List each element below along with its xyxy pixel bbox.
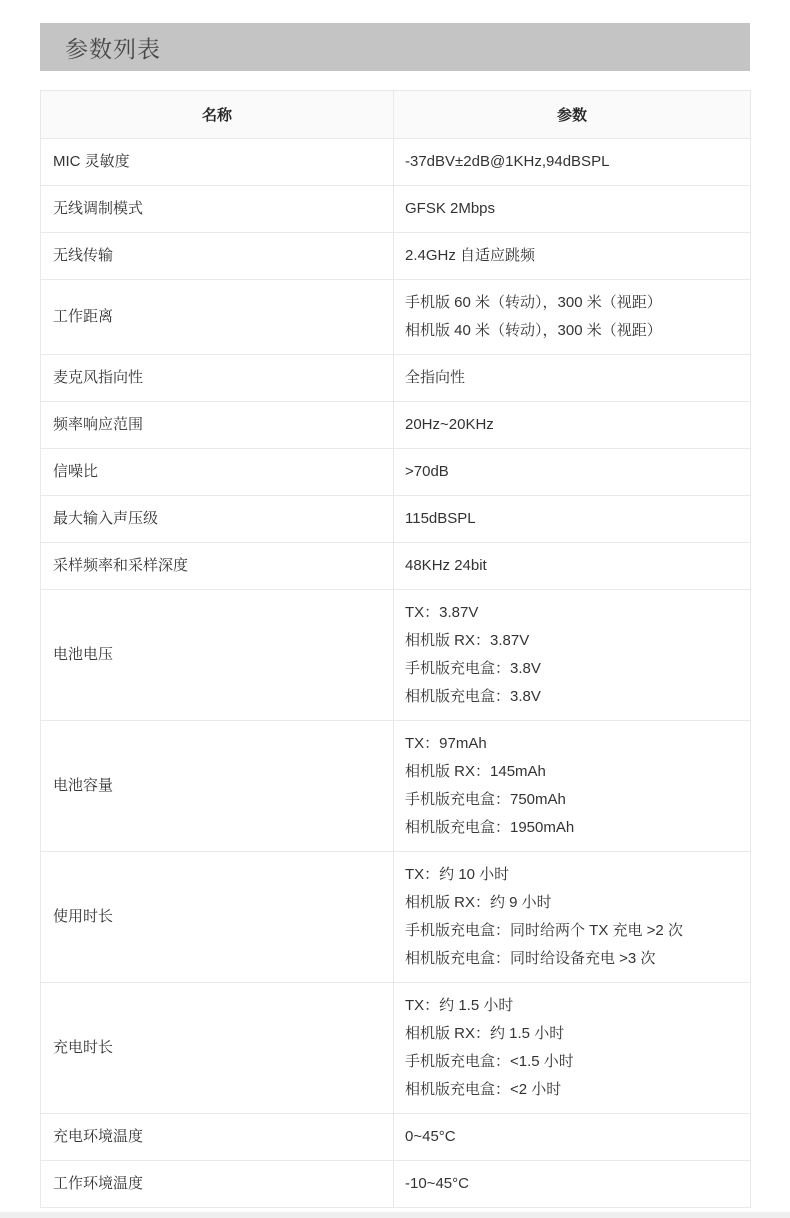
param-name-cell: 无线调制模式 — [41, 186, 394, 233]
param-value-cell: TX：约 10 小时相机版 RX：约 9 小时手机版充电盒：同时给两个 TX 充… — [394, 852, 751, 983]
param-name-cell: 电池电压 — [41, 590, 394, 721]
table-row: MIC 灵敏度-37dBV±2dB@1KHz,94dBSPL — [41, 139, 751, 186]
header-row: 名称 参数 — [41, 91, 751, 139]
param-name-cell: 信噪比 — [41, 449, 394, 496]
param-value-line: 手机版 60 米（转动），300 米（视距） — [405, 289, 740, 317]
section-title-bar: 参数列表 — [40, 23, 750, 71]
param-value-cell: 手机版 60 米（转动），300 米（视距）相机版 40 米（转动），300 米… — [394, 280, 751, 355]
param-value-line: 相机版 RX：3.87V — [405, 627, 740, 655]
param-value-cell: GFSK 2Mbps — [394, 186, 751, 233]
param-name-cell: 最大输入声压级 — [41, 496, 394, 543]
param-name-text: 使用时长 — [53, 903, 383, 931]
param-name-text: 充电时长 — [53, 1034, 383, 1062]
param-value-line: -10~45°C — [405, 1170, 740, 1198]
param-name-text: 最大输入声压级 — [53, 505, 383, 533]
param-value-cell: 48KHz 24bit — [394, 543, 751, 590]
param-value-cell: -10~45°C — [394, 1161, 751, 1208]
column-header-value: 参数 — [394, 91, 751, 139]
param-value-line: >70dB — [405, 458, 740, 486]
param-name-cell: 使用时长 — [41, 852, 394, 983]
param-value-line: 相机版充电盒：同时给设备充电 >3 次 — [405, 945, 740, 973]
table-row: 电池容量TX：97mAh相机版 RX：145mAh手机版充电盒：750mAh相机… — [41, 721, 751, 852]
param-name-text: 无线调制模式 — [53, 195, 383, 223]
param-name-text: 信噪比 — [53, 458, 383, 486]
param-value-line: TX：约 1.5 小时 — [405, 992, 740, 1020]
param-value-cell: TX：约 1.5 小时相机版 RX：约 1.5 小时手机版充电盒：<1.5 小时… — [394, 983, 751, 1114]
table-row: 无线调制模式GFSK 2Mbps — [41, 186, 751, 233]
param-name-text: MIC 灵敏度 — [53, 148, 383, 176]
table-row: 麦克风指向性全指向性 — [41, 355, 751, 402]
param-value-line: 相机版 40 米（转动），300 米（视距） — [405, 317, 740, 345]
table-row: 无线传输2.4GHz 自适应跳频 — [41, 233, 751, 280]
param-value-cell: 115dBSPL — [394, 496, 751, 543]
param-name-text: 无线传输 — [53, 242, 383, 270]
param-name-text: 电池电压 — [53, 641, 383, 669]
spec-table-header: 名称 参数 — [41, 91, 751, 139]
param-name-cell: 采样频率和采样深度 — [41, 543, 394, 590]
param-value-line: 2.4GHz 自适应跳频 — [405, 242, 740, 270]
param-value-cell: 20Hz~20KHz — [394, 402, 751, 449]
param-name-cell: MIC 灵敏度 — [41, 139, 394, 186]
spec-table-body: MIC 灵敏度-37dBV±2dB@1KHz,94dBSPL无线调制模式GFSK… — [41, 139, 751, 1208]
table-row: 采样频率和采样深度48KHz 24bit — [41, 543, 751, 590]
param-value-line: GFSK 2Mbps — [405, 195, 740, 223]
param-value-line: 全指向性 — [405, 364, 740, 392]
param-value-cell: TX：3.87V相机版 RX：3.87V手机版充电盒：3.8V相机版充电盒：3.… — [394, 590, 751, 721]
param-value-line: 手机版充电盒：3.8V — [405, 655, 740, 683]
param-name-text: 工作环境温度 — [53, 1170, 383, 1198]
param-name-text: 麦克风指向性 — [53, 364, 383, 392]
param-value-line: 相机版充电盒：1950mAh — [405, 814, 740, 842]
table-row: 充电时长TX：约 1.5 小时相机版 RX：约 1.5 小时手机版充电盒：<1.… — [41, 983, 751, 1114]
param-value-line: 115dBSPL — [405, 505, 740, 533]
param-name-cell: 工作环境温度 — [41, 1161, 394, 1208]
param-value-line: 48KHz 24bit — [405, 552, 740, 580]
param-value-line: 0~45°C — [405, 1123, 740, 1151]
param-name-cell: 充电时长 — [41, 983, 394, 1114]
table-row: 工作距离手机版 60 米（转动），300 米（视距）相机版 40 米（转动），3… — [41, 280, 751, 355]
param-value-line: 手机版充电盒：750mAh — [405, 786, 740, 814]
param-value-line: TX：3.87V — [405, 599, 740, 627]
param-value-line: 手机版充电盒：同时给两个 TX 充电 >2 次 — [405, 917, 740, 945]
table-row: 电池电压TX：3.87V相机版 RX：3.87V手机版充电盒：3.8V相机版充电… — [41, 590, 751, 721]
param-value-cell: 0~45°C — [394, 1114, 751, 1161]
param-value-line: TX：约 10 小时 — [405, 861, 740, 889]
table-row: 最大输入声压级115dBSPL — [41, 496, 751, 543]
param-value-cell: 全指向性 — [394, 355, 751, 402]
param-value-line: 相机版 RX：145mAh — [405, 758, 740, 786]
param-name-cell: 频率响应范围 — [41, 402, 394, 449]
table-row: 信噪比>70dB — [41, 449, 751, 496]
param-name-text: 工作距离 — [53, 303, 383, 331]
table-row: 使用时长TX：约 10 小时相机版 RX：约 9 小时手机版充电盒：同时给两个 … — [41, 852, 751, 983]
next-section-top-edge — [0, 1212, 790, 1218]
param-value-line: 相机版 RX：约 9 小时 — [405, 889, 740, 917]
param-value-line: 手机版充电盒：<1.5 小时 — [405, 1048, 740, 1076]
param-value-line: 20Hz~20KHz — [405, 411, 740, 439]
param-name-cell: 充电环境温度 — [41, 1114, 394, 1161]
param-value-cell: -37dBV±2dB@1KHz,94dBSPL — [394, 139, 751, 186]
param-value-cell: TX：97mAh相机版 RX：145mAh手机版充电盒：750mAh相机版充电盒… — [394, 721, 751, 852]
table-row: 频率响应范围20Hz~20KHz — [41, 402, 751, 449]
param-value-cell: >70dB — [394, 449, 751, 496]
page-title: 参数列表 — [65, 31, 161, 64]
param-value-line: 相机版 RX：约 1.5 小时 — [405, 1020, 740, 1048]
param-name-cell: 工作距离 — [41, 280, 394, 355]
param-value-cell: 2.4GHz 自适应跳频 — [394, 233, 751, 280]
param-name-cell: 麦克风指向性 — [41, 355, 394, 402]
param-name-cell: 无线传输 — [41, 233, 394, 280]
param-value-line: 相机版充电盒：<2 小时 — [405, 1076, 740, 1104]
column-header-name: 名称 — [41, 91, 394, 139]
param-name-text: 充电环境温度 — [53, 1123, 383, 1151]
param-value-line: 相机版充电盒：3.8V — [405, 683, 740, 711]
param-value-line: -37dBV±2dB@1KHz,94dBSPL — [405, 148, 740, 176]
param-name-text: 电池容量 — [53, 772, 383, 800]
table-row: 工作环境温度-10~45°C — [41, 1161, 751, 1208]
param-name-text: 频率响应范围 — [53, 411, 383, 439]
param-name-cell: 电池容量 — [41, 721, 394, 852]
param-value-line: TX：97mAh — [405, 730, 740, 758]
param-name-text: 采样频率和采样深度 — [53, 552, 383, 580]
table-row: 充电环境温度0~45°C — [41, 1114, 751, 1161]
spec-table: 名称 参数 MIC 灵敏度-37dBV±2dB@1KHz,94dBSPL无线调制… — [40, 90, 751, 1208]
